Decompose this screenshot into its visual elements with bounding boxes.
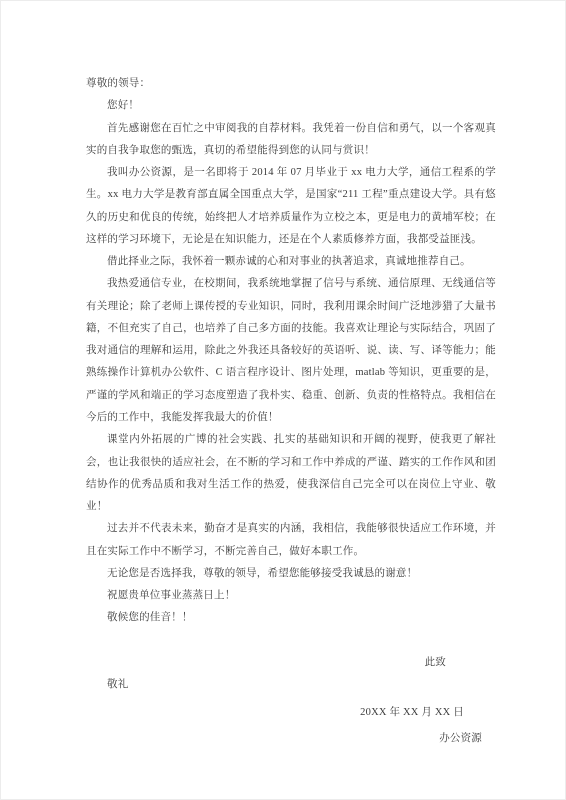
closing-jingli: 敬礼	[86, 674, 496, 696]
letter-paragraph-thanks: 无论您是否选择我，尊敬的领导，希望您能够接受我诚恳的谢意！	[86, 563, 496, 585]
letter-paragraph-qualities: 课堂内外拓展的广博的社会实践、扎实的基础知识和开阔的视野，使我更了解社会，也让我…	[86, 429, 496, 518]
letter-paragraph-recommendation: 借此择业之际，我怀着一颗赤诚的心和对事业的执著追求，真诚地推荐自己。	[86, 251, 496, 273]
letter-paragraph-await-reply: 敬候您的佳音！！	[86, 607, 496, 629]
letter-paragraph-education: 我叫办公资源，是一名即将于 2014 年 07 月毕业于 xx 电力大学，通信工…	[86, 162, 496, 251]
letter-signature: 办公资源	[86, 728, 496, 750]
letter-paragraph-greeting: 您好！	[86, 95, 496, 117]
letter-paragraph-intro: 首先感谢您在百忙之中审阅我的自荐材料。我凭着一份自信和勇气，以一个客观真实的自我…	[86, 118, 496, 163]
letter-date: 20XX 年 XX 月 XX 日	[86, 702, 496, 724]
letter-paragraph-future: 过去并不代表未来，勤奋才是真实的内涵，我相信，我能够很快适应工作环境，并且在实际…	[86, 518, 496, 563]
letter-paragraph-skills: 我热爱通信专业，在校期间，我系统地掌握了信号与系统、通信原理、无线通信等有关理论…	[86, 273, 496, 429]
letter-page: 尊敬的领导： 您好！ 首先感谢您在百忙之中审阅我的自荐材料。我凭着一份自信和勇气…	[0, 0, 566, 800]
letter-paragraph-wish: 祝愿贵单位事业蒸蒸日上！	[86, 585, 496, 607]
salutation: 尊敬的领导：	[86, 73, 496, 95]
closing-cizhi: 此致	[86, 652, 496, 674]
